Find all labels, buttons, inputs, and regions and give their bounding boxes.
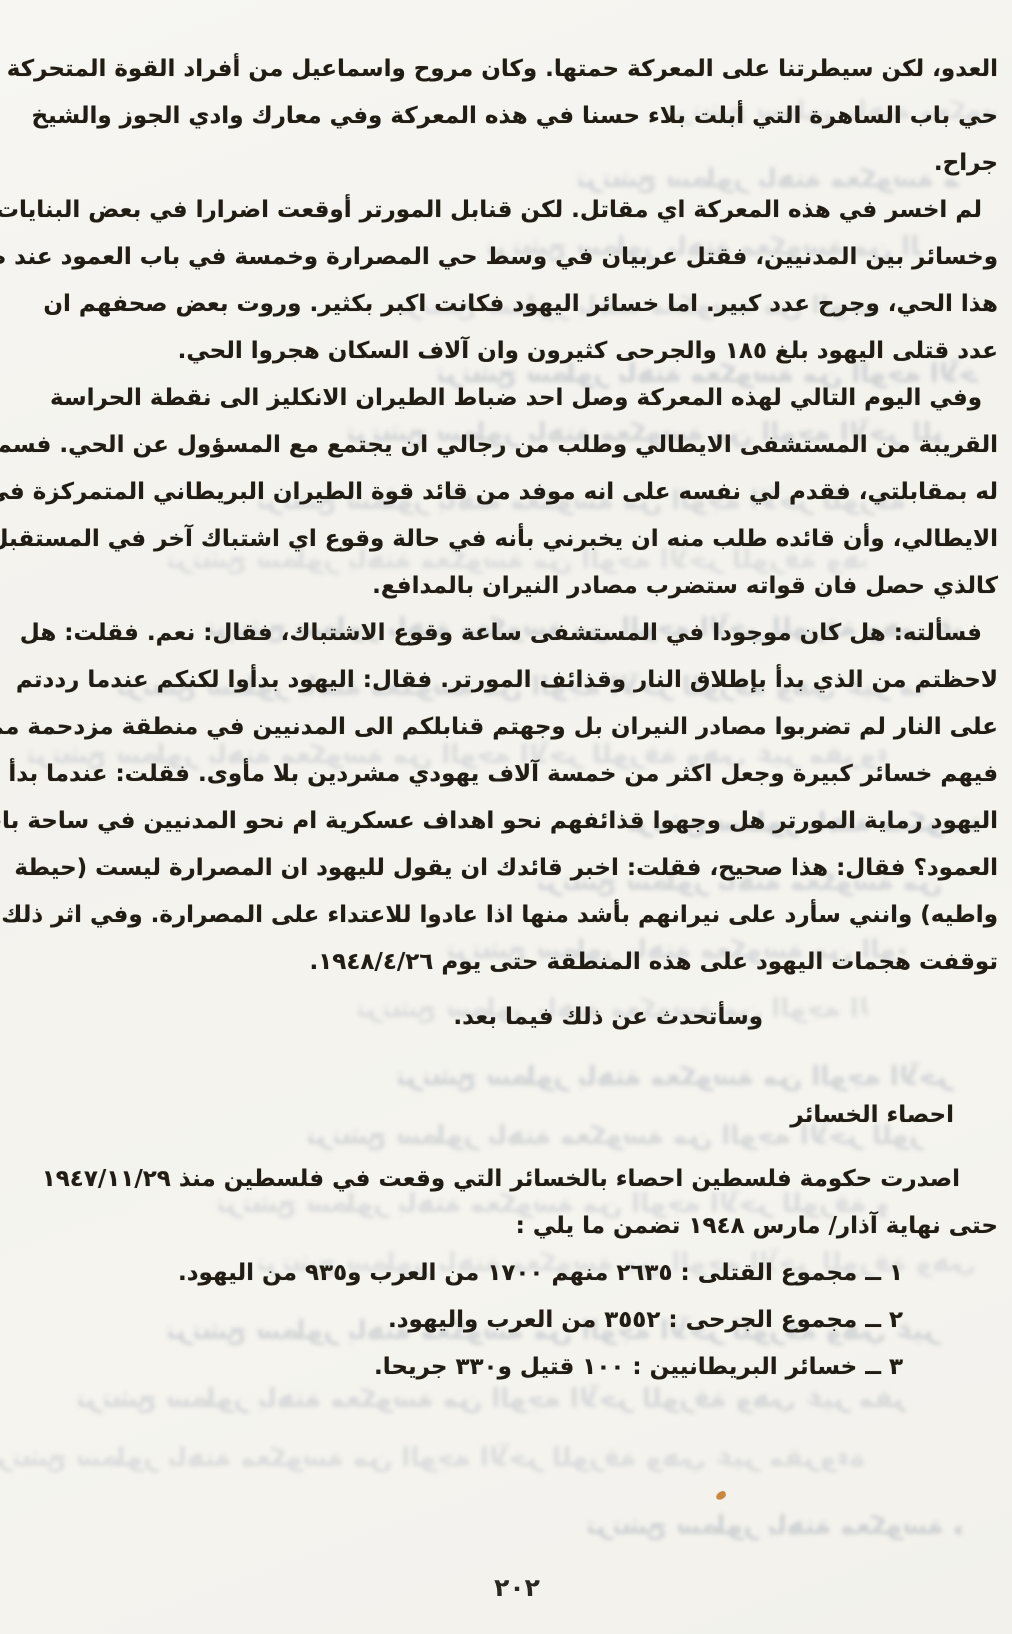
paragraph: لم اخسر في هذه المعركة اي مقاتل. لكن قنا…	[56, 187, 998, 375]
list-item: ١ ــ مجموع القتلى : ٢٦٣٥ منهم ١٧٠٠ من ال…	[56, 1250, 998, 1297]
paragraph: اصدرت حكومة فلسطين احصاء بالخسائر التي و…	[56, 1156, 998, 1250]
text-line: لاحظتم من الذي بدأ بإطلاق النار وقذائف ا…	[56, 657, 998, 704]
closing-sentence: وسأتحدث عن ذلك فيما بعد.	[56, 994, 998, 1041]
scanned-book-page: ترتشح سطور باهتة معكوسة من الوجه الآخر ل…	[0, 0, 1012, 1634]
text-line: لم اخسر في هذه المعركة اي مقاتل. لكن قنا…	[56, 187, 998, 234]
page-text-block: العدو، لكن سيطرتنا على المعركة حمتها. وك…	[56, 46, 998, 1391]
text-line: جراح.	[56, 140, 998, 187]
text-line: فيهم خسائر كبيرة وجعل اكثر من خمسة آلاف …	[56, 751, 998, 798]
list-item: ٣ ــ خسائر البريطانيين : ١٠٠ قتيل و٣٣٠ ج…	[56, 1344, 998, 1391]
text-line: حتى نهاية آذار/ مارس ١٩٤٨ تضمن ما يلي :	[56, 1203, 998, 1250]
section-heading: احصاء الخسائر	[56, 1092, 998, 1139]
paragraph: فسألته: هل كان موجودا في المستشفى ساعة و…	[56, 610, 998, 986]
text-line: واطيه) وانني سأرد على نيرانهم بأشد منها …	[56, 892, 998, 939]
text-line: اليهود رماية المورتر هل وجهوا قذائفهم نح…	[56, 798, 998, 845]
page-number: ٢٠٢	[22, 1568, 1012, 1608]
text-line: فسألته: هل كان موجودا في المستشفى ساعة و…	[56, 610, 998, 657]
text-line: على النار لم تضربوا مصادر النيران بل وجه…	[56, 704, 998, 751]
paragraph: العدو، لكن سيطرتنا على المعركة حمتها. وك…	[56, 46, 998, 187]
text-line: له بمقابلتي، فقدم لي نفسه على انه موفد م…	[56, 469, 998, 516]
text-line: توقفت هجمات اليهود على هذه المنطقة حتى ي…	[56, 939, 998, 986]
paragraph: وفي اليوم التالي لهذه المعركة وصل احد ضب…	[56, 375, 998, 610]
text-line: حي باب الساهرة التي أبلت بلاء حسنا في هذ…	[56, 93, 998, 140]
text-line: القريبة من المستشفى الايطالي وطلب من رجا…	[56, 422, 998, 469]
text-line: عدد قتلى اليهود بلغ ١٨٥ والجرحى كثيرون و…	[56, 328, 998, 375]
text-line: هذا الحي، وجرح عدد كبير. اما خسائر اليهو…	[56, 281, 998, 328]
text-line: كالذي حصل فان قواته ستضرب مصادر النيران …	[56, 563, 998, 610]
text-line: العمود؟ فقال: هذا صحيح، فقلت: اخبر قائدك…	[56, 845, 998, 892]
text-line: العدو، لكن سيطرتنا على المعركة حمتها. وك…	[56, 46, 998, 93]
casualty-list: ١ ــ مجموع القتلى : ٢٦٣٥ منهم ١٧٠٠ من ال…	[56, 1250, 998, 1391]
list-item: ٢ ــ مجموع الجرحى : ٣٥٥٢ من العرب واليهو…	[56, 1297, 998, 1344]
bleedthrough-line: ترتشح سطور باهتة معكوسة من الوجه الآخر ل…	[0, 1443, 869, 1473]
text-line: وفي اليوم التالي لهذه المعركة وصل احد ضب…	[56, 375, 998, 422]
bleedthrough-line: ترتشح سطور باهتة معكوسة من الوجه الآخر ل…	[586, 1511, 962, 1541]
ink-speck	[715, 1490, 727, 1500]
text-line: اصدرت حكومة فلسطين احصاء بالخسائر التي و…	[56, 1156, 998, 1203]
text-line: الايطالي، وأن قائده طلب منه ان يخبرني بأ…	[56, 516, 998, 563]
text-line: وخسائر بين المدنيين، فقتل عربيان في وسط …	[56, 234, 998, 281]
